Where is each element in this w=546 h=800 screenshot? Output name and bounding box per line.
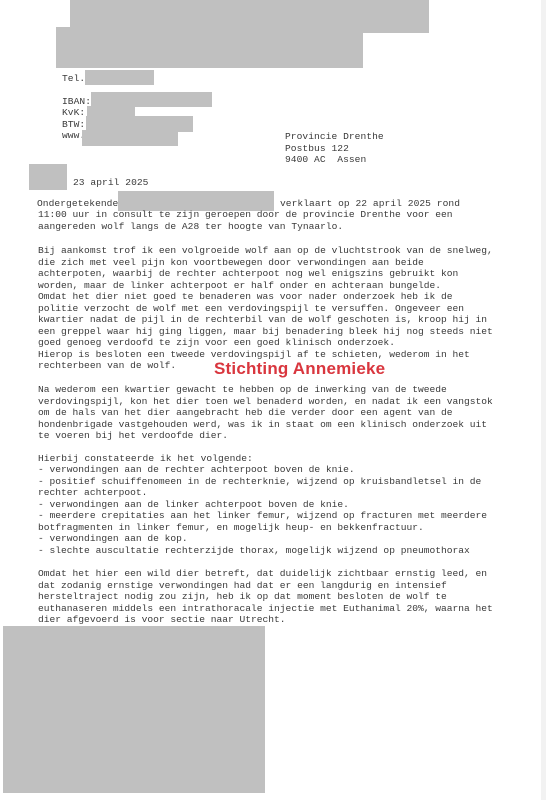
redacted-iban (91, 92, 212, 107)
examination-paragraph: Na wederom een kwartier gewacht te hebbe… (38, 384, 493, 442)
conclusion-line: dat zodanig ernstige verwondingen had da… (38, 580, 493, 592)
redacted-signature-block (3, 626, 265, 793)
finding-line: - meerdere crepitaties aan het linker fe… (38, 510, 487, 522)
finding-line: rechter achterpoot. (38, 487, 487, 499)
finding-line: - verwondingen aan de rechter achterpoot… (38, 464, 487, 476)
btw-label: BTW: (62, 119, 85, 131)
finding-line: - positief schuiffenomeen in de rechterk… (38, 476, 487, 488)
redacted-reference (29, 164, 67, 190)
findings-list: - verwondingen aan de rechter achterpoot… (38, 464, 487, 556)
finding-line: - verwondingen aan de kop. (38, 533, 487, 545)
conclusion-paragraph: Omdat het hier een wild dier betreft, da… (38, 568, 493, 626)
arrival-line: Omdat het dier niet goed te benaderen wa… (38, 291, 493, 303)
redacted-letterhead-bottom (56, 27, 363, 68)
page-edge (541, 0, 546, 800)
arrival-line: achterpoten, waarbij de rechter achterpo… (38, 268, 493, 280)
arrival-line: Bij aankomst trof ik een volgroeide wolf… (38, 245, 493, 257)
conclusion-line: Omdat het hier een wild dier betreft, da… (38, 568, 493, 580)
intro-paragraph: 11:00 uur in consult te zijn geroepen do… (38, 209, 453, 232)
recipient-line-3: 9400 AC Assen (285, 154, 366, 166)
arrival-line: die zich met veel pijn kon voortbewegen … (38, 257, 493, 269)
arrival-line: politie verzocht de wolf met een verdovi… (38, 303, 493, 315)
redacted-www (82, 130, 178, 146)
recipient-line-1: Provincie Drenthe (285, 131, 384, 143)
intro-line: 11:00 uur in consult te zijn geroepen do… (38, 209, 453, 221)
finding-line: - slechte auscultatie rechterzijde thora… (38, 545, 487, 557)
kvk-label: KvK: (62, 107, 85, 119)
watermark-text: Stichting Annemieke (214, 359, 385, 379)
redacted-tel (85, 70, 154, 85)
finding-line: - verwondingen aan de linker achterpoot … (38, 499, 487, 511)
letter-date: 23 april 2025 (73, 177, 149, 189)
conclusion-line: herstel­traject nodig zou zijn, heb ik o… (38, 591, 493, 603)
intro-line: aangereden wolf langs de A28 ter hoogte … (38, 221, 453, 233)
intro-suffix: verklaart op 22 april 2025 rond (280, 198, 460, 210)
examination-line: Na wederom een kwartier gewacht te hebbe… (38, 384, 493, 396)
arrival-line: een greppel waar hij ging liggen, maar b… (38, 326, 493, 338)
recipient-line-2: Postbus 122 (285, 143, 349, 155)
conclusion-line: dier afgevoerd is voor sectie naar Utrec… (38, 614, 493, 626)
examination-line: verdovingspijl, kon het dier toen wel be… (38, 396, 493, 408)
tel-label: Tel. (62, 73, 85, 85)
examination-line: te voeren bij het verdoofde dier. (38, 430, 493, 442)
conclusion-line: euthanaseren middels een intrathoracale … (38, 603, 493, 615)
findings-heading: Hierbij constateerde ik het volgende: (38, 453, 253, 465)
examination-line: om de hals van het dier aangebracht heb … (38, 407, 493, 419)
arrival-line: goed genoeg verdoofd te zijn voor een go… (38, 337, 493, 349)
redacted-signatory-name (118, 191, 274, 211)
arrival-line: kwartier nadat de pijl in de rechterbil … (38, 314, 493, 326)
intro-prefix: Ondergetekende, (37, 198, 124, 210)
finding-line: botfragmenten in linker femur, en mogeli… (38, 522, 487, 534)
examination-line: hondenbrigade vastgehouden werd, was ik … (38, 419, 493, 431)
arrival-paragraph: Bij aankomst trof ik een volgroeide wolf… (38, 245, 493, 372)
arrival-line: worden, maar de linker achterpoot er hal… (38, 280, 493, 292)
